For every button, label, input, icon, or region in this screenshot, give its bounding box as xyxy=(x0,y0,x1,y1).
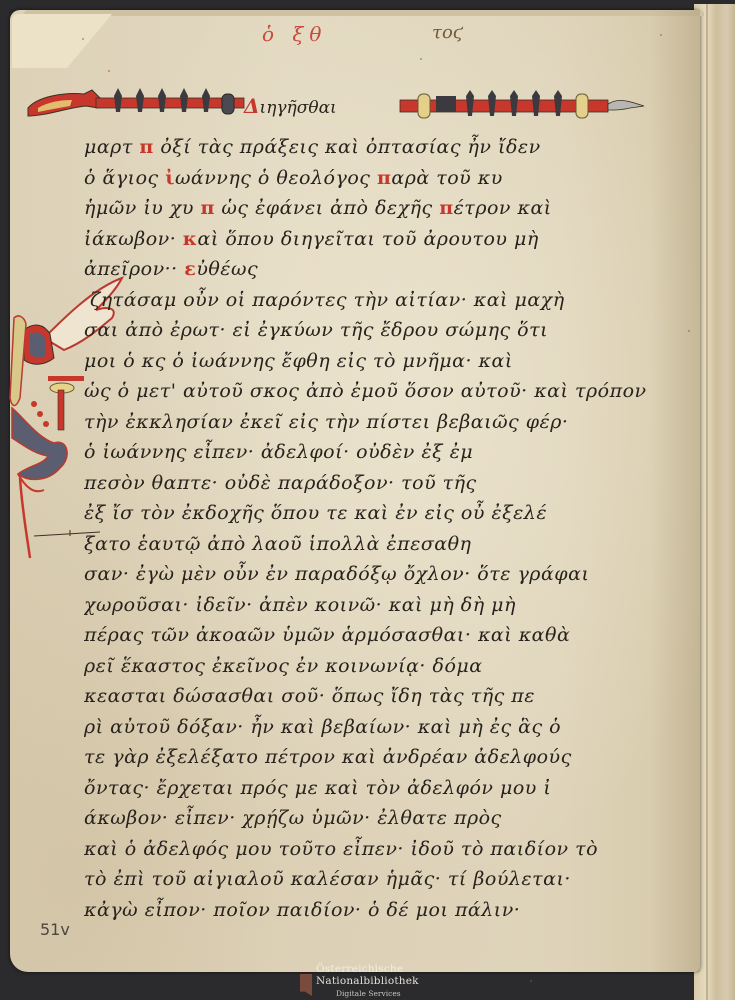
text-line: ὡς ὁ μετ' αὐτοῦ σκος ἀπὸ ἐμοῦ ὅσον αὐτοῦ… xyxy=(84,376,664,407)
line-text: αὶ ὅπου διηγεῖται τοῦ ἀρουτου μὴ xyxy=(198,228,539,250)
text-line: ὁ ἰωάννης εἶπεν· ἀδελφοί· οὐδὲν ἐξ ἐμ xyxy=(84,437,664,468)
line-text: ὁ ἅγιος xyxy=(84,167,165,189)
text-line: ρεῖ ἕκαστος ἐκεῖνος ἐν κοινωνίᾳ· δόμα xyxy=(84,651,664,682)
text-line: καὶ ὁ ἀδελφός μου τοῦτο εἶπεν· ἰδοῦ τὸ π… xyxy=(84,834,664,865)
line-text: ωάννης ὁ θεολόγος xyxy=(175,167,377,189)
rubric-initial: ε xyxy=(184,258,196,280)
shelfmark-folio: 51v xyxy=(40,920,70,939)
folio-number-red: ὁ ξθ xyxy=(262,22,327,46)
text-line: κεασται δώσασθαι σοῦ· ὅπως ἴδη τὰς τῆς π… xyxy=(84,681,664,712)
text-line: άκωβον· εἶπεν· χρῄζω ὑμῶν· ἐλθατε πρὸς xyxy=(84,803,664,834)
brand-line-3: Digitale Services xyxy=(336,989,401,998)
brand-line-1: Österreichische xyxy=(316,963,403,975)
folio-number-brown: τοϛ xyxy=(432,22,463,43)
rubric-initial: ἰ xyxy=(165,167,175,189)
logo-mark-icon xyxy=(300,974,312,996)
line-text: έτρον καὶ xyxy=(454,197,552,219)
rubric-initial: π xyxy=(439,197,453,219)
line-text: αρὰ τοῦ κυ xyxy=(391,167,502,189)
text-line: τε γὰρ ἐξελέξατο πέτρον καὶ ἀνδρέαν ἀδελ… xyxy=(84,742,664,773)
text-line: ἡμῶν ἰυ χυ π ὡς ἐφάνει ἀπὸ δεχῆς πέτρον … xyxy=(84,193,664,224)
line-text: ἡμῶν ἰυ χυ xyxy=(84,197,200,219)
text-line: μαρτ π ὀξί τὰς πράξεις καὶ ὀπτασίας ἦν ἴ… xyxy=(84,132,664,163)
text-line: τὸ ἐπὶ τοῦ αἰγιαλοῦ καλέσαν ἡμᾶς· τί βού… xyxy=(84,864,664,895)
text-line: χωροῦσαι· ἰδεῖν· ἀπὲν κοινῶ· καὶ μὴ δὴ μ… xyxy=(84,590,664,621)
leaf-fold xyxy=(706,4,708,1000)
line-text: μαρτ xyxy=(84,136,139,158)
text-line: κἀγὼ εἶπον· ποῖον παιδίον· ὁ δέ μοι πάλι… xyxy=(84,895,664,926)
text-line: μοι ὁ κς ὁ ἰωάννης ἔφθη εἰς τὸ μνῆμα· κα… xyxy=(84,346,664,377)
text-line: ξατο ἑαυτῷ ἀπὸ λαοῦ ἱπολλὰ ἐπεσαθη xyxy=(84,529,664,560)
line-text: ὐθέως xyxy=(196,258,258,280)
text-line: ἀπεῖρον·· εὐθέως xyxy=(84,254,664,285)
rubric-initial: κ xyxy=(183,228,198,250)
onb-watermark-logo: Österreichische Nationalbibliothek Digit… xyxy=(300,962,480,1000)
page-top-edge xyxy=(24,10,704,16)
adjacent-leaves xyxy=(694,4,735,1000)
text-line: ρὶ αὐτοῦ δόξαν· ἦν καὶ βεβαίων· καὶ μὴ ἐ… xyxy=(84,712,664,743)
text-line: ὄντας· ἔρχεται πρός με καὶ τὸν ἀδελφόν μ… xyxy=(84,773,664,804)
text-line: ζητάσαμ οὖν οἱ παρόντες τὴν αἰτίαν· καὶ … xyxy=(84,285,670,316)
text-line: πεσὸν θαπτε· οὐδὲ παράδοξον· τοῦ τῆς xyxy=(84,468,664,499)
rubric-initial: π xyxy=(139,136,153,158)
text-line: ὁ ἅγιος ἰωάννης ὁ θεολόγος παρὰ τοῦ κυ xyxy=(84,163,664,194)
text-line: ἐξ ἴσ τὸν ἐκδοχῆς ὅπου τε καὶ ἐν εἰς οὖ … xyxy=(84,498,664,529)
manuscript-text: μαρτ π ὀξί τὰς πράξεις καὶ ὀπτασίας ἦν ἴ… xyxy=(84,132,664,925)
line-text: ὀξί τὰς πράξεις καὶ ὀπτασίας ἦν ἴδεν xyxy=(154,136,541,158)
line-text: ἰάκωβον· xyxy=(84,228,183,250)
text-line: ἰάκωβον· καὶ ὅπου διηγεῖται τοῦ ἀρουτου … xyxy=(84,224,664,255)
section-heading: Διηγῆσθαι xyxy=(244,94,337,118)
heading-text: ιηγῆσθαι xyxy=(260,98,337,118)
text-line: τὴν ἐκκλησίαν ἐκεῖ εἰς τὴν πίστει βεβαιῶ… xyxy=(84,407,664,438)
rubric-initial: π xyxy=(377,167,391,189)
heading-initial: Δ xyxy=(244,94,260,118)
line-text: ἀπεῖρον·· xyxy=(84,258,184,280)
brand-line-2: Nationalbibliothek xyxy=(316,975,419,987)
text-line: σαν· ἐγὼ μὲν οὖν ἐν παραδόξῳ ὄχλον· ὅτε … xyxy=(84,559,664,590)
rubric-initial: π xyxy=(200,197,214,219)
line-text: ὡς ἐφάνει ἀπὸ δεχῆς xyxy=(215,197,439,219)
text-line: πέρας τῶν ἀκοαῶν ὑμῶν ἁρμόσασθαι· καὶ κα… xyxy=(84,620,664,651)
text-line: σαι ἀπὸ ἐρωτ· εἰ ἐγκύων τῆς ἔδρου σώμης … xyxy=(84,315,664,346)
